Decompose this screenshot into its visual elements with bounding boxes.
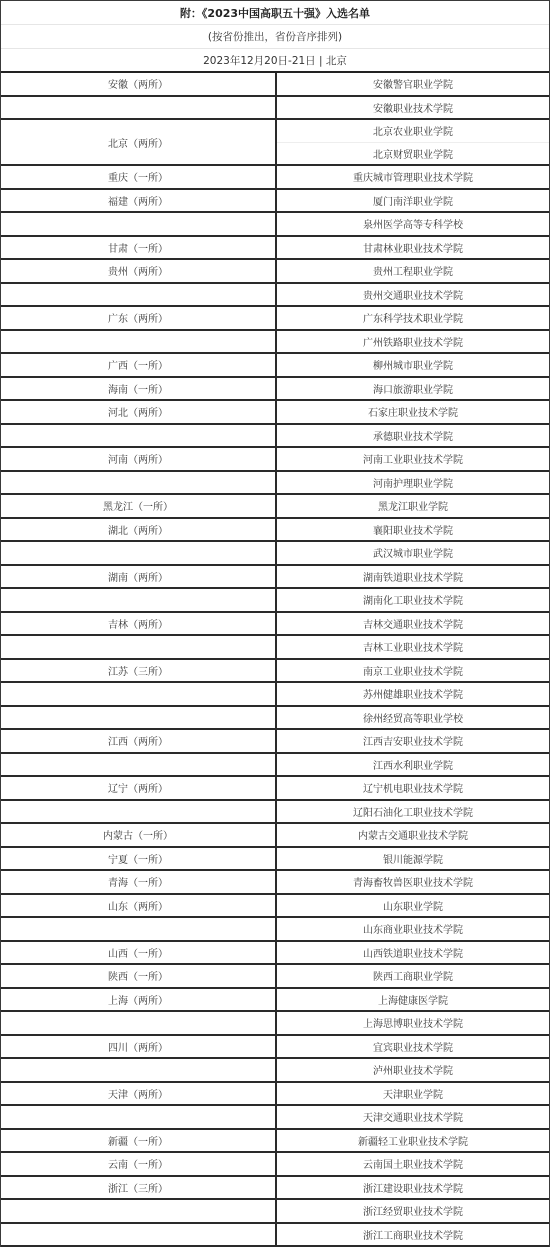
table-row: 山西（一所）山西铁道职业技术学院 — [1, 941, 549, 965]
document-title: 附：《2023中国高职五十强》入选名单 — [1, 1, 549, 25]
school-cell: 北京农业职业学院 — [276, 119, 549, 142]
school-cell: 上海思博职业技术学院 — [276, 1011, 549, 1035]
school-cell: 泸州职业技术学院 — [276, 1058, 549, 1082]
table-row: 重庆（一所）重庆城市管理职业技术学院 — [1, 165, 549, 189]
table-row: 福建（两所）厦门南洋职业学院 — [1, 189, 549, 213]
table-row: 浙江经贸职业技术学院 — [1, 1199, 549, 1223]
province-cell: 江西（两所） — [1, 729, 276, 753]
province-cell — [1, 283, 276, 307]
province-cell: 湖南（两所） — [1, 565, 276, 589]
school-cell: 甘肃林业职业技术学院 — [276, 236, 549, 260]
province-cell — [1, 800, 276, 824]
school-cell: 浙江经贸职业技术学院 — [276, 1199, 549, 1223]
school-cell: 辽阳石油化工职业技术学院 — [276, 800, 549, 824]
province-cell — [1, 541, 276, 565]
school-cell: 柳州城市职业学院 — [276, 353, 549, 377]
school-cell: 上海健康医学院 — [276, 988, 549, 1012]
province-cell — [1, 588, 276, 612]
table-row: 河南（两所）河南工业职业技术学院 — [1, 447, 549, 471]
school-cell: 贵州交通职业技术学院 — [276, 283, 549, 307]
table-row: 河南护理职业学院 — [1, 471, 549, 495]
school-cell: 襄阳职业技术学院 — [276, 518, 549, 542]
table-row: 内蒙古（一所）内蒙古交通职业技术学院 — [1, 823, 549, 847]
province-cell: 天津（两所） — [1, 1082, 276, 1106]
table-row: 吉林（两所）吉林交通职业技术学院 — [1, 612, 549, 636]
table-row: 吉林工业职业技术学院 — [1, 635, 549, 659]
province-cell: 贵州（两所） — [1, 259, 276, 283]
province-cell: 浙江（三所） — [1, 1176, 276, 1200]
province-cell — [1, 635, 276, 659]
school-cell: 海口旅游职业学院 — [276, 377, 549, 401]
table-row: 山东（两所）山东职业学院 — [1, 894, 549, 918]
province-cell: 吉林（两所） — [1, 612, 276, 636]
school-cell: 广州铁路职业技术学院 — [276, 330, 549, 354]
school-cell: 重庆城市管理职业技术学院 — [276, 165, 549, 189]
school-cell: 吉林交通职业技术学院 — [276, 612, 549, 636]
province-cell — [1, 1011, 276, 1035]
province-cell — [1, 330, 276, 354]
table-row: 河北（两所）石家庄职业技术学院 — [1, 400, 549, 424]
province-cell: 广东（两所） — [1, 306, 276, 330]
province-cell: 黑龙江（一所） — [1, 494, 276, 518]
province-cell: 重庆（一所） — [1, 165, 276, 189]
school-cell: 陕西工商职业学院 — [276, 964, 549, 988]
school-cell: 苏州健雄职业技术学院 — [276, 682, 549, 706]
table-row: 湖南（两所）湖南铁道职业技术学院 — [1, 565, 549, 589]
province-cell — [1, 753, 276, 777]
province-cell — [1, 212, 276, 236]
table-row: 安徽（两所）安徽警官职业学院 — [1, 73, 549, 96]
school-cell: 山东商业职业技术学院 — [276, 917, 549, 941]
school-cell: 石家庄职业技术学院 — [276, 400, 549, 424]
school-cell: 内蒙古交通职业技术学院 — [276, 823, 549, 847]
table-row: 武汉城市职业学院 — [1, 541, 549, 565]
table-row: 贵州（两所）贵州工程职业学院 — [1, 259, 549, 283]
school-cell: 浙江工商职业技术学院 — [276, 1223, 549, 1247]
province-cell — [1, 682, 276, 706]
table-row: 浙江（三所）浙江建设职业技术学院 — [1, 1176, 549, 1200]
table-row: 辽阳石油化工职业技术学院 — [1, 800, 549, 824]
school-cell: 安徽警官职业学院 — [276, 73, 549, 96]
province-cell — [1, 1223, 276, 1247]
table-row: 黑龙江（一所）黑龙江职业学院 — [1, 494, 549, 518]
table-row: 江苏（三所）南京工业职业技术学院 — [1, 659, 549, 683]
province-cell — [1, 1058, 276, 1082]
school-cell: 浙江建设职业技术学院 — [276, 1176, 549, 1200]
school-cell: 湖南化工职业技术学院 — [276, 588, 549, 612]
school-cell: 泉州医学高等专科学校 — [276, 212, 549, 236]
school-cell: 承德职业技术学院 — [276, 424, 549, 448]
table-row: 湖南化工职业技术学院 — [1, 588, 549, 612]
school-cell: 南京工业职业技术学院 — [276, 659, 549, 683]
school-cell: 湖南铁道职业技术学院 — [276, 565, 549, 589]
school-cell: 河南工业职业技术学院 — [276, 447, 549, 471]
table-row: 青海（一所）青海畜牧兽医职业技术学院 — [1, 870, 549, 894]
school-cell: 吉林工业职业技术学院 — [276, 635, 549, 659]
table-row: 泉州医学高等专科学校 — [1, 212, 549, 236]
school-cell: 贵州工程职业学院 — [276, 259, 549, 283]
table-row: 新疆（一所）新疆轻工业职业技术学院 — [1, 1129, 549, 1153]
table-row: 北京（两所）北京农业职业学院 — [1, 119, 549, 142]
school-cell: 宜宾职业技术学院 — [276, 1035, 549, 1059]
table-row: 安徽职业技术学院 — [1, 96, 549, 120]
table-row: 承德职业技术学院 — [1, 424, 549, 448]
table-row: 广东（两所）广东科学技术职业学院 — [1, 306, 549, 330]
province-cell: 广西（一所） — [1, 353, 276, 377]
school-cell: 新疆轻工业职业技术学院 — [276, 1129, 549, 1153]
province-cell: 上海（两所） — [1, 988, 276, 1012]
province-cell: 宁夏（一所） — [1, 847, 276, 871]
table-row: 天津（两所）天津职业学院 — [1, 1082, 549, 1106]
table-row: 甘肃（一所）甘肃林业职业技术学院 — [1, 236, 549, 260]
table-row: 上海（两所）上海健康医学院 — [1, 988, 549, 1012]
document-subtitle: (按省份推出，省份音序排列) — [1, 25, 549, 49]
table-row: 贵州交通职业技术学院 — [1, 283, 549, 307]
shortlist-document: 附：《2023中国高职五十强》入选名单 (按省份推出，省份音序排列) 2023年… — [0, 0, 550, 1247]
province-cell: 云南（一所） — [1, 1152, 276, 1176]
province-cell — [1, 1199, 276, 1223]
school-cell: 江西水利职业学院 — [276, 753, 549, 777]
province-cell: 河北（两所） — [1, 400, 276, 424]
province-cell: 山西（一所） — [1, 941, 276, 965]
table-row: 浙江工商职业技术学院 — [1, 1223, 549, 1247]
school-list-table: 安徽（两所）安徽警官职业学院安徽职业技术学院北京（两所）北京农业职业学院北京财贸… — [1, 73, 549, 1247]
table-row: 辽宁（两所）辽宁机电职业技术学院 — [1, 776, 549, 800]
province-cell — [1, 471, 276, 495]
school-cell: 广东科学技术职业学院 — [276, 306, 549, 330]
province-cell: 海南（一所） — [1, 377, 276, 401]
table-row: 广西（一所）柳州城市职业学院 — [1, 353, 549, 377]
province-cell: 辽宁（两所） — [1, 776, 276, 800]
table-row: 江西水利职业学院 — [1, 753, 549, 777]
table-row: 湖北（两所）襄阳职业技术学院 — [1, 518, 549, 542]
province-cell: 福建（两所） — [1, 189, 276, 213]
province-cell: 内蒙古（一所） — [1, 823, 276, 847]
province-cell — [1, 1105, 276, 1129]
province-cell — [1, 424, 276, 448]
province-cell: 四川（两所） — [1, 1035, 276, 1059]
province-cell — [1, 96, 276, 120]
school-cell: 天津职业学院 — [276, 1082, 549, 1106]
province-cell: 北京（两所） — [1, 119, 276, 165]
table-row: 泸州职业技术学院 — [1, 1058, 549, 1082]
school-cell: 北京财贸职业学院 — [276, 142, 549, 165]
province-cell: 山东（两所） — [1, 894, 276, 918]
table-row: 山东商业职业技术学院 — [1, 917, 549, 941]
table-row: 宁夏（一所）银川能源学院 — [1, 847, 549, 871]
province-cell: 河南（两所） — [1, 447, 276, 471]
table-row: 上海思博职业技术学院 — [1, 1011, 549, 1035]
school-cell: 厦门南洋职业学院 — [276, 189, 549, 213]
school-cell: 江西吉安职业技术学院 — [276, 729, 549, 753]
table-row: 苏州健雄职业技术学院 — [1, 682, 549, 706]
table-row: 云南（一所）云南国土职业技术学院 — [1, 1152, 549, 1176]
table-row: 海南（一所）海口旅游职业学院 — [1, 377, 549, 401]
province-cell: 新疆（一所） — [1, 1129, 276, 1153]
school-cell: 青海畜牧兽医职业技术学院 — [276, 870, 549, 894]
province-cell — [1, 917, 276, 941]
province-cell — [1, 706, 276, 730]
table-row: 陕西（一所）陕西工商职业学院 — [1, 964, 549, 988]
province-cell: 安徽（两所） — [1, 73, 276, 96]
table-row: 徐州经贸高等职业学校 — [1, 706, 549, 730]
school-cell: 河南护理职业学院 — [276, 471, 549, 495]
table-row: 江西（两所）江西吉安职业技术学院 — [1, 729, 549, 753]
province-cell: 湖北（两所） — [1, 518, 276, 542]
province-cell: 甘肃（一所） — [1, 236, 276, 260]
school-cell: 辽宁机电职业技术学院 — [276, 776, 549, 800]
school-cell: 银川能源学院 — [276, 847, 549, 871]
province-cell: 江苏（三所） — [1, 659, 276, 683]
school-cell: 山西铁道职业技术学院 — [276, 941, 549, 965]
school-cell: 云南国土职业技术学院 — [276, 1152, 549, 1176]
table-row: 天津交通职业技术学院 — [1, 1105, 549, 1129]
school-cell: 武汉城市职业学院 — [276, 541, 549, 565]
table-row: 广州铁路职业技术学院 — [1, 330, 549, 354]
school-cell: 黑龙江职业学院 — [276, 494, 549, 518]
school-cell: 山东职业学院 — [276, 894, 549, 918]
school-cell: 安徽职业技术学院 — [276, 96, 549, 120]
table-row: 四川（两所）宜宾职业技术学院 — [1, 1035, 549, 1059]
school-cell: 天津交通职业技术学院 — [276, 1105, 549, 1129]
province-cell: 青海（一所） — [1, 870, 276, 894]
province-cell: 陕西（一所） — [1, 964, 276, 988]
school-cell: 徐州经贸高等职业学校 — [276, 706, 549, 730]
date-location: 2023年12月20日-21日 | 北京 — [1, 49, 549, 73]
